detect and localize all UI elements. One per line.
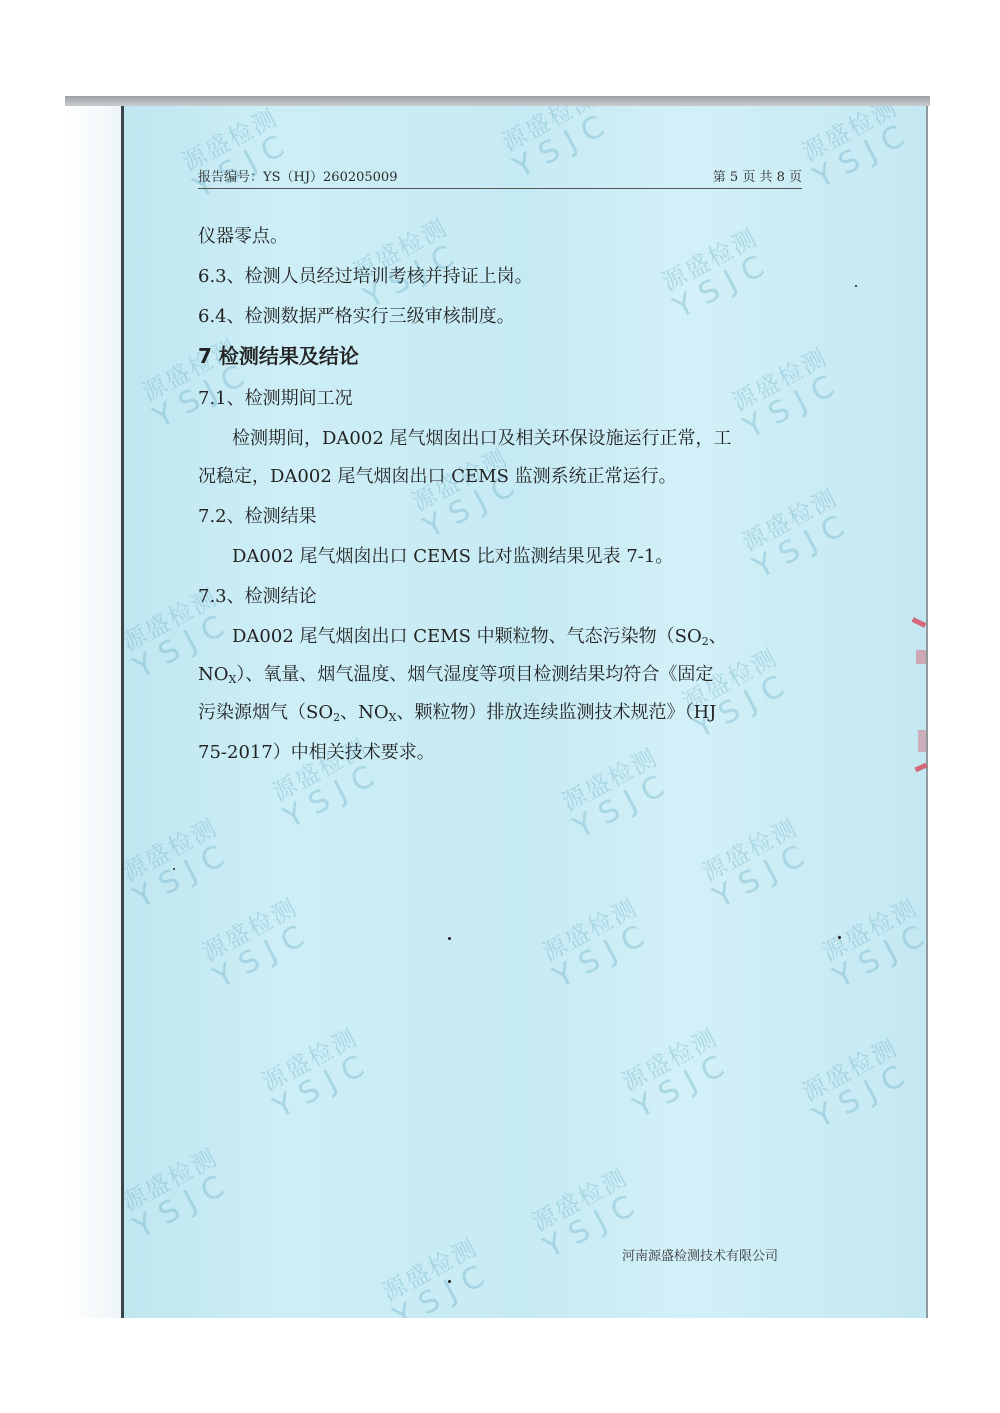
watermark: 源盛检测YSJC: [727, 344, 848, 444]
body-line: DA002 尾气烟囱出口 CEMS 中颗粒物、气态污染物（SO2、: [232, 622, 727, 648]
watermark: 源盛检测YSJC: [197, 894, 318, 994]
scan-speck: [448, 937, 451, 940]
scan-speck: [838, 936, 841, 939]
watermark: 源盛检测YSJC: [817, 894, 928, 994]
body-line: 仪器零点。: [198, 222, 288, 248]
watermark: 源盛检测YSJC: [797, 106, 918, 195]
watermark: 源盛检测YSJC: [617, 1024, 738, 1124]
subsection-title-7-1: 7.1、检测期间工况: [198, 384, 353, 410]
body-line: 检测期间，DA002 尾气烟囱出口及相关环保设施运行正常，工: [232, 424, 732, 450]
watermark: 源盛检测YSJC: [737, 484, 858, 584]
company-name: 河南源盛检测技术有限公司: [622, 1245, 778, 1264]
watermark: 源盛检测YSJC: [121, 1144, 238, 1244]
body-line: 污染源烟气（SO2、NOX、颗粒物）排放连续监测技术规范》（HJ: [198, 698, 716, 724]
subsection-title-7-2: 7.2、检测结果: [198, 502, 317, 528]
body-line: 75-2017）中相关技术要求。: [198, 738, 435, 764]
body-line: DA002 尾气烟囱出口 CEMS 比对监测结果见表 7-1。: [232, 542, 673, 568]
watermark: 源盛检测YSJC: [697, 814, 818, 914]
body-line: 6.3、检测人员经过培训考核并持证上岗。: [198, 262, 533, 288]
watermark: 源盛检测YSJC: [177, 106, 298, 205]
watermark: 源盛检测YSJC: [407, 444, 528, 544]
seal-stamp-fragment: [918, 730, 926, 752]
seal-stamp-fragment: [916, 650, 926, 664]
watermark: 源盛检测YSJC: [797, 1034, 918, 1134]
scan-speck: [173, 868, 175, 870]
body-line: 6.4、检测数据严格实行三级审核制度。: [198, 302, 515, 328]
report-number: 报告编号：YS（HJ）260205009: [198, 166, 397, 185]
scan-speck: [448, 1280, 451, 1283]
watermark: 源盛检测YSJC: [377, 1234, 498, 1318]
body-line: NOX）、氧量、烟气温度、烟气湿度等项目检测结果均符合《固定: [198, 660, 713, 686]
watermark: 源盛检测YSJC: [537, 894, 658, 994]
body-line: 况稳定，DA002 尾气烟囱出口 CEMS 监测系统正常运行。: [198, 462, 677, 488]
subsection-title-7-3: 7.3、检测结论: [198, 582, 317, 608]
watermark: 源盛检测YSJC: [657, 224, 778, 324]
watermark: 源盛检测YSJC: [121, 814, 238, 914]
scan-speck: [855, 285, 857, 287]
scan-top-edge: [65, 96, 930, 106]
watermark: 源盛检测YSJC: [557, 744, 678, 844]
page-header: 报告编号：YS（HJ）260205009 第 5 页 共 8 页: [198, 162, 802, 189]
section-title: 7 检测结果及结论: [198, 340, 359, 369]
page-info: 第 5 页 共 8 页: [713, 166, 802, 185]
watermark: 源盛检测YSJC: [257, 1024, 378, 1124]
scan-left-margin: [65, 106, 121, 1318]
